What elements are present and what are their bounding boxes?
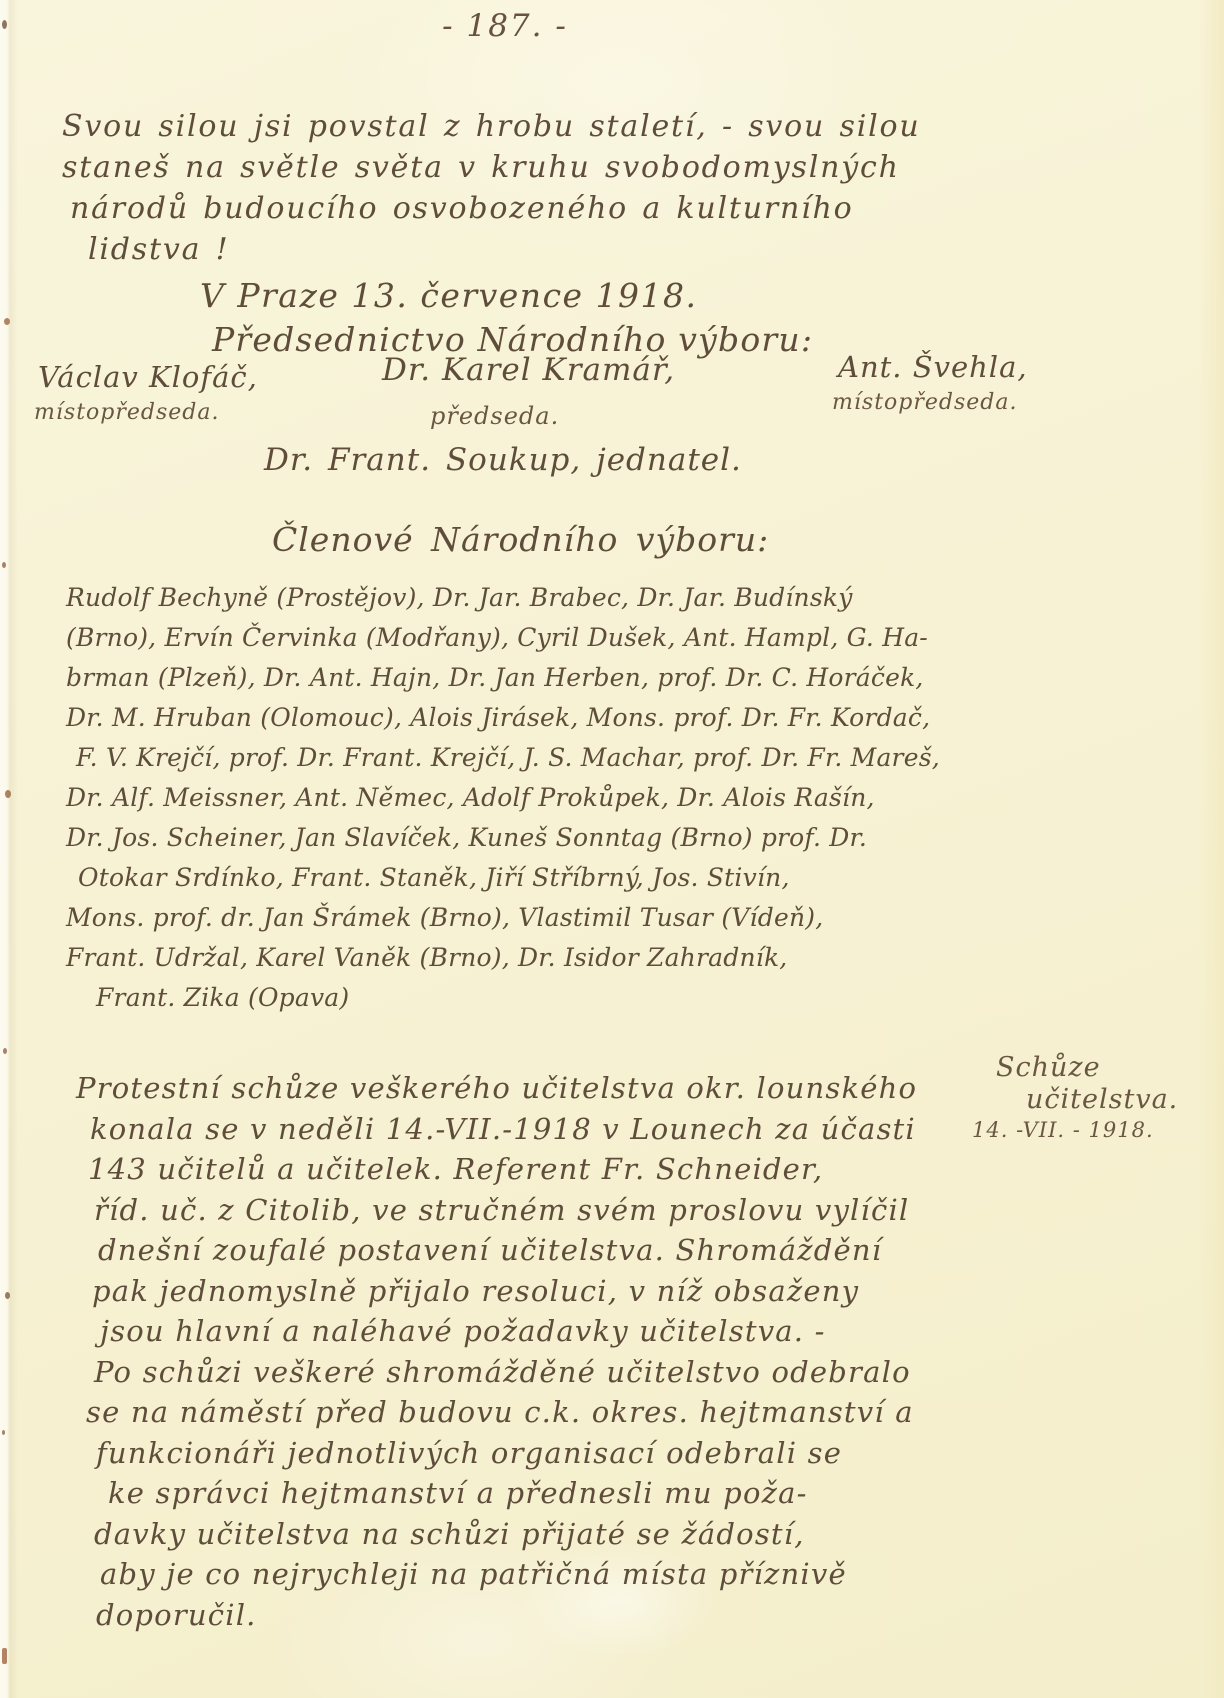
proclamation-line: národů budoucího osvobozeného a kulturní… [70,188,920,229]
signatory-name: Dr. Karel Kramář, [382,352,675,388]
manuscript-page: - 187. - Svou silou jsi povstal z hrobu … [0,0,1224,1698]
paper-speck [3,1048,7,1054]
members-line: Dr. Jos. Scheiner, Jan Slavíček, Kuneš S… [66,818,940,858]
signatory-role: místopředseda. [34,400,258,425]
entry-line: dnešní zoufalé postavení učitelstva. Shr… [98,1230,917,1271]
entry-line: aby je co nejrychleji na patřičná místa … [100,1554,917,1595]
entry-line: konala se v neděli 14.-VII.-1918 v Loune… [90,1109,917,1150]
proclamation-line: Svou silou jsi povstal z hrobu staletí, … [62,106,920,147]
entry-line: ke správci hejtmanství a přednesli mu po… [108,1473,917,1514]
signatory-role: místopředseda. [832,390,1028,415]
entry-line: pak jednomyslně přijalo resoluci, v níž … [92,1271,917,1312]
paper-speck [2,562,6,568]
members-line: Frant. Zika (Opava) [96,978,940,1018]
entry-line: se na náměstí před budovu c.k. okres. he… [86,1392,917,1433]
members-line: Mons. prof. dr. Jan Šrámek (Brno), Vlast… [66,898,940,938]
members-line: Dr. M. Hruban (Olomouc), Alois Jirásek, … [66,698,940,738]
entry-line: 143 učitelů a učitelek. Referent Fr. Sch… [88,1149,917,1190]
members-line: Rudolf Bechyně (Prostějov), Dr. Jar. Bra… [66,578,940,618]
page-number: - 187. - [390,8,620,44]
entry-line: doporučil. [96,1595,917,1636]
entry-line: říd. uč. z Citolib, ve stručném svém pro… [94,1190,917,1231]
entry-paragraph: Protestní schůze veškerého učitelstva ok… [76,1068,917,1635]
entry-line: jsou hlavní a naléhavé požadavky učitels… [100,1311,917,1352]
entry-line: funkcionáři jednotlivých organisací odeb… [96,1433,917,1474]
dateline: V Praze 13. července 1918. [200,276,698,315]
members-line: brman (Plzeň), Dr. Ant. Hajn, Dr. Jan He… [66,658,940,698]
paper-speck [4,318,10,325]
signatory-role: předseda. [430,402,675,430]
margin-note-date: 14. -VII. - 1918. [972,1118,1154,1142]
members-line: (Brno), Ervín Červinka (Modřany), Cyril … [66,618,940,658]
page-binding-edge [0,0,18,1698]
paper-speck [2,20,7,29]
proclamation-paragraph: Svou silou jsi povstal z hrobu staletí, … [62,106,920,270]
paper-speck [2,1648,7,1664]
paper-speck [2,1430,5,1435]
signatory-chairman-center: Dr. Karel Kramář, předseda. [382,352,675,430]
proclamation-line: staneš na světle světa v kruhu svobodomy… [62,147,920,188]
members-line: Otokar Srdínko, Frant. Staněk, Jiří Stří… [78,858,940,898]
entry-line: Po schůzi veškeré shromážděné učitelstvo… [94,1352,917,1393]
members-line: F. V. Krejčí, prof. Dr. Frant. Krejčí, J… [76,738,940,778]
members-heading: Členové Národního výboru: [272,520,769,559]
signatory-name: Václav Klofáč, [38,360,258,394]
secretary-line: Dr. Frant. Soukup, jednatel. [264,442,742,478]
margin-note-title-line1: Schůze [996,1052,1101,1083]
members-line: Dr. Alf. Meissner, Ant. Němec, Adolf Pro… [66,778,940,818]
entry-line: davky učitelstva na schůzi přijaté se žá… [94,1514,917,1555]
margin-note-title-line2: učitelstva. [1026,1084,1178,1115]
members-paragraph: Rudolf Bechyně (Prostějov), Dr. Jar. Bra… [66,578,940,1018]
signatory-vice-chairman-right: Ant. Švehla, místopředseda. [838,350,1028,415]
proclamation-line: lidstva ! [88,229,920,270]
paper-speck [5,790,11,798]
signatory-vice-chairman-left: Václav Klofáč, místopředseda. [38,360,258,425]
page-right-edge [1198,0,1224,1698]
paper-speck [5,1292,10,1299]
signatory-name: Ant. Švehla, [838,350,1028,384]
members-line: Frant. Udržal, Karel Vaněk (Brno), Dr. I… [66,938,940,978]
entry-line: Protestní schůze veškerého učitelstva ok… [76,1068,917,1109]
